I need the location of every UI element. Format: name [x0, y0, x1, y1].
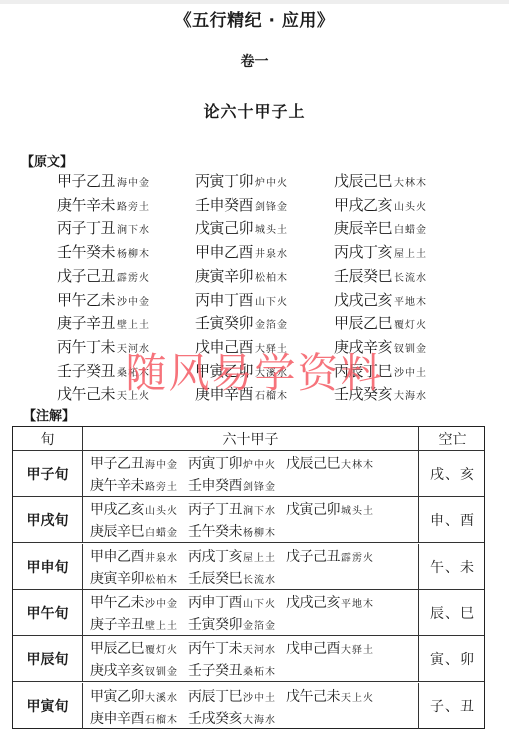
original-text-row: 丙午丁未天河水戊申己酉大驿土庚戌辛亥钗钏金: [0, 336, 509, 360]
nayin-text: 石榴木: [255, 391, 288, 402]
table-row: 甲辰旬甲辰乙巳覆灯火丙午丁未天河水戊申己酉大驿土庚戌辛亥钗钏金壬子癸丑桑柘木寅、…: [13, 636, 484, 682]
ganzhi-text: 壬子癸丑: [188, 663, 242, 679]
ganzhi-text: 壬寅癸卯: [195, 314, 253, 332]
ganzhi-text: 戊寅己卯: [286, 502, 340, 518]
nayin-text: 海中金: [117, 178, 150, 189]
ganzhi-text: 丙午丁未: [57, 338, 115, 356]
table-row: 甲午旬甲午乙未沙中金丙申丁酉山下火戊戌己亥平地木庚子辛丑壁上土壬寅癸卯金箔金辰、…: [13, 590, 484, 636]
jiazi-pair: 戊申己酉大驿土: [286, 638, 374, 660]
ganzhi-text: 庚子辛丑: [90, 617, 144, 633]
nayin-text: 大林木: [394, 178, 427, 189]
ganzhi-text: 戊申己酉: [286, 641, 340, 657]
ganzhi-text: 丙辰丁巳: [188, 689, 242, 705]
nayin-text: 路旁土: [117, 202, 150, 213]
nayin-text: 松柏木: [145, 575, 178, 586]
nayin-text: 屋上土: [394, 249, 427, 260]
jiazi-line: 庚戌辛亥钗钏金壬子癸丑桑柘木: [90, 660, 384, 679]
kongwang-text: 寅、卯: [430, 649, 475, 669]
ganzhi-text: 丙申丁酉: [195, 291, 253, 309]
nayin-text: 壁上土: [117, 320, 150, 331]
ganzhi-text: 庚申辛酉: [195, 385, 253, 403]
xun-label: 甲午旬: [27, 603, 69, 623]
jiazi-pair: 甲寅乙卯大溪水: [195, 360, 288, 381]
jiazi-line: 甲戌乙亥山头火丙子丁丑涧下水戊寅己卯城头土: [90, 499, 384, 518]
chapter-title: 论六十甲子上: [0, 99, 509, 122]
nayin-text: 桑柘木: [243, 667, 276, 678]
ganzhi-text: 甲辰乙巳: [334, 314, 392, 332]
kongwang-cell: 寅、卯: [419, 636, 486, 681]
ganzhi-text: 壬子癸丑: [57, 362, 115, 380]
jiazi-pair: 丙戌丁亥屋上土: [188, 546, 276, 568]
jiazi-cell: 甲戌乙亥山头火丙子丁丑涧下水戊寅己卯城头土庚辰辛巳白蜡金壬午癸未杨柳木: [83, 497, 419, 542]
jiazi-pair: 戊子己丑霹雳火: [286, 546, 374, 568]
jiazi-pair: 壬寅癸卯金箔金: [188, 614, 276, 636]
jiazi-pair: 庚辰辛巳白蜡金: [334, 217, 427, 238]
ganzhi-text: 丙寅丁卯: [195, 172, 253, 190]
nayin-text: 覆灯火: [145, 645, 178, 656]
nayin-text: 平地木: [394, 297, 427, 308]
jiazi-pair: 丙戌丁亥屋上土: [334, 241, 427, 262]
nayin-text: 杨柳木: [117, 249, 150, 260]
nayin-text: 白蜡金: [394, 225, 427, 236]
jiazi-pair: 壬子癸丑桑柘木: [188, 660, 276, 682]
ganzhi-text: 戊戌己亥: [334, 291, 392, 309]
xun-cell: 甲辰旬: [13, 636, 83, 681]
jiazi-pair: 丙寅丁卯炉中火: [195, 170, 288, 191]
jiazi-pair: 甲辰乙巳覆灯火: [90, 638, 178, 660]
nayin-text: 城头土: [255, 225, 288, 236]
nayin-text: 天河水: [243, 645, 276, 656]
jiazi-pair: 甲戌乙亥山头火: [90, 499, 178, 521]
nayin-text: 涧下水: [117, 225, 150, 236]
top-edge-shade: [0, 0, 509, 4]
ganzhi-text: 庚午辛未: [90, 478, 144, 494]
jiazi-pair: 戊寅己卯城头土: [195, 217, 288, 238]
kongwang-text: 辰、巳: [430, 603, 475, 623]
jiazi-pair: 戊寅己卯城头土: [286, 499, 374, 521]
ganzhi-text: 壬申癸酉: [195, 196, 253, 214]
header-xun: 旬: [13, 427, 83, 450]
nayin-text: 桑柘木: [117, 368, 150, 379]
jiazi-pair: 庚申辛酉石榴木: [195, 383, 288, 404]
ganzhi-text: 甲子乙丑: [57, 172, 115, 190]
table-row: 甲申旬甲申乙酉井泉水丙戌丁亥屋上土戊子己丑霹雳火庚寅辛卯松柏木壬辰癸巳长流水午、…: [13, 544, 484, 590]
jiazi-pair: 甲辰乙巳覆灯火: [334, 312, 427, 333]
jiazi-pair: 庚戌辛亥钗钏金: [334, 336, 427, 357]
jiazi-pair: 丙子丁丑涧下水: [188, 499, 276, 521]
jiazi-pair: 甲寅乙卯大溪水: [90, 686, 178, 708]
jiazi-pair: 庚午辛未路旁土: [90, 475, 178, 497]
ganzhi-text: 庚戌辛亥: [90, 663, 144, 679]
nayin-text: 沙中土: [394, 368, 427, 379]
ganzhi-text: 甲辰乙巳: [90, 641, 144, 657]
kongwang-text: 子、丑: [430, 696, 475, 716]
original-text-row: 庚子辛丑壁上土壬寅癸卯金箔金甲辰乙巳覆灯火: [0, 312, 509, 336]
jiazi-line: 庚子辛丑壁上土壬寅癸卯金箔金: [90, 614, 384, 633]
jiazi-pair: 甲戌乙亥山头火: [334, 194, 427, 215]
ganzhi-text: 甲戌乙亥: [90, 502, 144, 518]
jiazi-pair: 壬戌癸亥大海水: [188, 708, 276, 730]
original-text-row: 戊午己未天上火庚申辛酉石榴木壬戌癸亥大海水: [0, 383, 509, 407]
ganzhi-text: 戊午己未: [286, 689, 340, 705]
jiazi-pair: 丙辰丁巳沙中土: [334, 360, 427, 381]
header-jiazi: 六十甲子: [83, 427, 419, 450]
table-row: 甲寅旬甲寅乙卯大溪水丙辰丁巳沙中土戊午己未天上火庚申辛酉石榴木壬戌癸亥大海水子、…: [13, 683, 484, 729]
nayin-text: 金箔金: [243, 621, 276, 632]
ganzhi-text: 戊戌己亥: [286, 595, 340, 611]
jiazi-pair: 庚辰辛巳白蜡金: [90, 521, 178, 543]
nayin-text: 路旁土: [145, 482, 178, 493]
nayin-text: 钗钏金: [394, 344, 427, 355]
jiazi-pair: 壬寅癸卯金箔金: [195, 312, 288, 333]
xun-cell: 甲戌旬: [13, 497, 83, 542]
kongwang-cell: 辰、巳: [419, 590, 486, 635]
jiazi-pair: 甲子乙丑海中金: [90, 453, 178, 475]
kongwang-cell: 申、酉: [419, 497, 486, 542]
nayin-text: 平地木: [341, 599, 374, 610]
nayin-text: 炉中火: [255, 178, 288, 189]
ganzhi-text: 甲午乙未: [57, 291, 115, 309]
nayin-text: 城头土: [341, 506, 374, 517]
nayin-text: 沙中土: [243, 693, 276, 704]
original-text-row: 壬子癸丑桑柘木甲寅乙卯大溪水丙辰丁巳沙中土: [0, 360, 509, 384]
jiazi-line: 庚午辛未路旁土壬申癸酉剑锋金: [90, 475, 384, 494]
jiazi-pair: 壬辰癸巳长流水: [334, 265, 427, 286]
sixty-jiazi-table: 旬 六十甲子 空亡 甲子旬甲子乙丑海中金丙寅丁卯炉中火戊辰己巳大林木庚午辛未路旁…: [12, 426, 485, 729]
jiazi-pair: 丙辰丁巳沙中土: [188, 686, 276, 708]
ganzhi-text: 戊子己丑: [57, 267, 115, 285]
jiazi-pair: 戊申己酉大驿土: [195, 336, 288, 357]
ganzhi-text: 戊午己未: [57, 385, 115, 403]
jiazi-pair: 庚戌辛亥钗钏金: [90, 660, 178, 682]
jiazi-pair: 壬辰癸巳长流水: [188, 568, 276, 590]
ganzhi-text: 戊申己酉: [195, 338, 253, 356]
jiazi-pair: 壬申癸酉剑锋金: [188, 475, 276, 497]
nayin-text: 天河水: [117, 344, 150, 355]
ganzhi-text: 庚子辛丑: [57, 314, 115, 332]
jiazi-line: 甲子乙丑海中金丙寅丁卯炉中火戊辰己巳大林木: [90, 453, 384, 472]
jiazi-pair: 壬戌癸亥大海水: [334, 383, 427, 404]
jiazi-cell: 甲辰乙巳覆灯火丙午丁未天河水戊申己酉大驿土庚戌辛亥钗钏金壬子癸丑桑柘木: [83, 636, 419, 681]
xun-cell: 甲申旬: [13, 544, 83, 589]
jiazi-line: 甲申乙酉井泉水丙戌丁亥屋上土戊子己丑霹雳火: [90, 546, 384, 565]
xun-label: 甲寅旬: [27, 696, 69, 716]
original-text-row: 壬午癸未杨柳木甲申乙酉井泉水丙戌丁亥屋上土: [0, 241, 509, 265]
nayin-text: 石榴木: [145, 715, 178, 726]
xun-label: 甲申旬: [27, 557, 69, 577]
original-text-row: 甲子乙丑海中金丙寅丁卯炉中火戊辰己巳大林木: [0, 170, 509, 194]
jiazi-pair: 丙子丁丑涧下水: [57, 217, 150, 238]
nayin-text: 大驿土: [255, 344, 288, 355]
jiazi-cell: 甲申乙酉井泉水丙戌丁亥屋上土戊子己丑霹雳火庚寅辛卯松柏木壬辰癸巳长流水: [83, 544, 419, 589]
jiazi-line: 庚申辛酉石榴木壬戌癸亥大海水: [90, 708, 384, 727]
nayin-text: 山下火: [255, 297, 288, 308]
jiazi-pair: 壬申癸酉剑锋金: [195, 194, 288, 215]
section-label-notes: 【注解】: [23, 405, 75, 424]
nayin-text: 大海水: [243, 715, 276, 726]
jiazi-pair: 丙申丁酉山下火: [188, 592, 276, 614]
jiazi-line: 庚辰辛巳白蜡金壬午癸未杨柳木: [90, 521, 384, 540]
ganzhi-text: 丙戌丁亥: [334, 243, 392, 261]
nayin-text: 杨柳木: [243, 528, 276, 539]
book-title: 《五行精纪 · 应用》: [0, 6, 509, 31]
jiazi-pair: 甲子乙丑海中金: [57, 170, 150, 191]
ganzhi-text: 丙寅丁卯: [188, 456, 242, 472]
xun-cell: 甲子旬: [13, 451, 83, 496]
ganzhi-text: 甲寅乙卯: [90, 689, 144, 705]
nayin-text: 山下火: [243, 599, 276, 610]
jiazi-pair: 庚申辛酉石榴木: [90, 708, 178, 730]
jiazi-cell: 甲子乙丑海中金丙寅丁卯炉中火戊辰己巳大林木庚午辛未路旁土壬申癸酉剑锋金: [83, 451, 419, 496]
ganzhi-text: 庚申辛酉: [90, 711, 144, 727]
kongwang-text: 午、未: [430, 557, 475, 577]
volume-title: 卷一: [0, 51, 509, 71]
nayin-text: 霹雳火: [117, 273, 150, 284]
jiazi-line: 甲辰乙巳覆灯火丙午丁未天河水戊申己酉大驿土: [90, 638, 384, 657]
table-header-row: 旬 六十甲子 空亡: [13, 427, 484, 451]
nayin-text: 覆灯火: [394, 320, 427, 331]
kongwang-cell: 戌、亥: [419, 451, 486, 496]
nayin-text: 剑锋金: [243, 482, 276, 493]
ganzhi-text: 甲戌乙亥: [334, 196, 392, 214]
kongwang-text: 戌、亥: [430, 464, 475, 484]
nayin-text: 井泉水: [255, 249, 288, 260]
jiazi-pair: 庚寅辛卯松柏木: [195, 265, 288, 286]
jiazi-pair: 戊辰己巳大林木: [334, 170, 427, 191]
nayin-text: 长流水: [394, 273, 427, 284]
ganzhi-text: 庚寅辛卯: [195, 267, 253, 285]
ganzhi-text: 甲申乙酉: [195, 243, 253, 261]
jiazi-pair: 庚子辛丑壁上土: [90, 614, 178, 636]
jiazi-line: 甲寅乙卯大溪水丙辰丁巳沙中土戊午己未天上火: [90, 686, 384, 705]
xun-label: 甲子旬: [27, 464, 69, 484]
ganzhi-text: 甲申乙酉: [90, 549, 144, 565]
nayin-text: 松柏木: [255, 273, 288, 284]
ganzhi-text: 壬午癸未: [188, 524, 242, 540]
ganzhi-text: 丙子丁丑: [188, 502, 242, 518]
table-row: 甲子旬甲子乙丑海中金丙寅丁卯炉中火戊辰己巳大林木庚午辛未路旁土壬申癸酉剑锋金戌、…: [13, 451, 484, 497]
jiazi-pair: 戊戌己亥平地木: [334, 289, 427, 310]
nayin-text: 金箔金: [255, 320, 288, 331]
jiazi-pair: 壬午癸未杨柳木: [188, 521, 276, 543]
original-text-row: 丙子丁丑涧下水戊寅己卯城头土庚辰辛巳白蜡金: [0, 217, 509, 241]
ganzhi-text: 壬辰癸巳: [188, 571, 242, 587]
nayin-text: 壁上土: [145, 621, 178, 632]
ganzhi-text: 壬申癸酉: [188, 478, 242, 494]
jiazi-pair: 甲午乙未沙中金: [57, 289, 150, 310]
nayin-text: 沙中金: [117, 297, 150, 308]
nayin-text: 山头火: [394, 202, 427, 213]
jiazi-pair: 戊午己未天上火: [57, 383, 150, 404]
nayin-text: 白蜡金: [145, 528, 178, 539]
original-text-row: 戊子己丑霹雳火庚寅辛卯松柏木壬辰癸巳长流水: [0, 265, 509, 289]
ganzhi-text: 戊辰己巳: [334, 172, 392, 190]
ganzhi-text: 戊寅己卯: [195, 219, 253, 237]
nayin-text: 天上火: [117, 391, 150, 402]
header-kongwang: 空亡: [419, 427, 486, 450]
nayin-text: 山头火: [145, 506, 178, 517]
ganzhi-text: 壬午癸未: [57, 243, 115, 261]
jiazi-pair: 庚寅辛卯松柏木: [90, 568, 178, 590]
nayin-text: 屋上土: [243, 553, 276, 564]
jiazi-pair: 戊子己丑霹雳火: [57, 265, 150, 286]
nayin-text: 钗钏金: [145, 667, 178, 678]
ganzhi-text: 丙午丁未: [188, 641, 242, 657]
section-label-original-text: 【原文】: [21, 151, 73, 170]
jiazi-pair: 壬午癸未杨柳木: [57, 241, 150, 262]
jiazi-pair: 庚午辛未路旁土: [57, 194, 150, 215]
kongwang-cell: 子、丑: [419, 683, 486, 729]
xun-cell: 甲午旬: [13, 590, 83, 635]
ganzhi-text: 庚寅辛卯: [90, 571, 144, 587]
xun-label: 甲辰旬: [27, 649, 69, 669]
ganzhi-text: 甲寅乙卯: [195, 362, 253, 380]
ganzhi-text: 丙子丁丑: [57, 219, 115, 237]
kongwang-text: 申、酉: [430, 510, 475, 530]
jiazi-pair: 甲申乙酉井泉水: [90, 546, 178, 568]
ganzhi-text: 甲午乙未: [90, 595, 144, 611]
ganzhi-text: 戊辰己巳: [286, 456, 340, 472]
nayin-text: 大溪水: [145, 693, 178, 704]
original-text-row: 甲午乙未沙中金丙申丁酉山下火戊戌己亥平地木: [0, 289, 509, 313]
ganzhi-text: 甲子乙丑: [90, 456, 144, 472]
jiazi-cell: 甲午乙未沙中金丙申丁酉山下火戊戌己亥平地木庚子辛丑壁上土壬寅癸卯金箔金: [83, 590, 419, 635]
nayin-text: 沙中金: [145, 599, 178, 610]
jiazi-pair: 丙午丁未天河水: [57, 336, 150, 357]
ganzhi-text: 庚辰辛巳: [334, 219, 392, 237]
nayin-text: 大林木: [341, 460, 374, 471]
jiazi-pair: 丙寅丁卯炉中火: [188, 453, 276, 475]
jiazi-pair: 甲午乙未沙中金: [90, 592, 178, 614]
jiazi-line: 庚寅辛卯松柏木壬辰癸巳长流水: [90, 568, 384, 587]
jiazi-pair: 丙午丁未天河水: [188, 638, 276, 660]
jiazi-pair: 戊午己未天上火: [286, 686, 374, 708]
nayin-text: 大驿土: [341, 645, 374, 656]
jiazi-pair: 甲申乙酉井泉水: [195, 241, 288, 262]
jiazi-pair: 戊戌己亥平地木: [286, 592, 374, 614]
ganzhi-text: 庚戌辛亥: [334, 338, 392, 356]
jiazi-cell: 甲寅乙卯大溪水丙辰丁巳沙中土戊午己未天上火庚申辛酉石榴木壬戌癸亥大海水: [83, 683, 419, 729]
nayin-text: 海中金: [145, 460, 178, 471]
ganzhi-text: 丙申丁酉: [188, 595, 242, 611]
ganzhi-text: 戊子己丑: [286, 549, 340, 565]
xun-cell: 甲寅旬: [13, 683, 83, 729]
nayin-text: 井泉水: [145, 553, 178, 564]
ganzhi-text: 丙辰丁巳: [334, 362, 392, 380]
ganzhi-text: 丙戌丁亥: [188, 549, 242, 565]
jiazi-pair: 壬子癸丑桑柘木: [57, 360, 150, 381]
ganzhi-text: 壬戌癸亥: [334, 385, 392, 403]
nayin-text: 大溪水: [255, 368, 288, 379]
kongwang-cell: 午、未: [419, 544, 486, 589]
table-row: 甲戌旬甲戌乙亥山头火丙子丁丑涧下水戊寅己卯城头土庚辰辛巳白蜡金壬午癸未杨柳木申、…: [13, 497, 484, 543]
jiazi-line: 甲午乙未沙中金丙申丁酉山下火戊戌己亥平地木: [90, 592, 384, 611]
ganzhi-text: 庚辰辛巳: [90, 524, 144, 540]
nayin-text: 霹雳火: [341, 553, 374, 564]
jiazi-pair: 庚子辛丑壁上土: [57, 312, 150, 333]
original-text-row: 庚午辛未路旁土壬申癸酉剑锋金甲戌乙亥山头火: [0, 194, 509, 218]
nayin-text: 天上火: [341, 693, 374, 704]
nayin-text: 炉中火: [243, 460, 276, 471]
jiazi-pair: 丙申丁酉山下火: [195, 289, 288, 310]
ganzhi-text: 壬辰癸巳: [334, 267, 392, 285]
ganzhi-text: 壬寅癸卯: [188, 617, 242, 633]
nayin-text: 长流水: [243, 575, 276, 586]
ganzhi-text: 庚午辛未: [57, 196, 115, 214]
ganzhi-text: 壬戌癸亥: [188, 711, 242, 727]
nayin-text: 剑锋金: [255, 202, 288, 213]
nayin-text: 涧下水: [243, 506, 276, 517]
xun-label: 甲戌旬: [27, 510, 69, 530]
jiazi-pair: 戊辰己巳大林木: [286, 453, 374, 475]
nayin-text: 大海水: [394, 391, 427, 402]
